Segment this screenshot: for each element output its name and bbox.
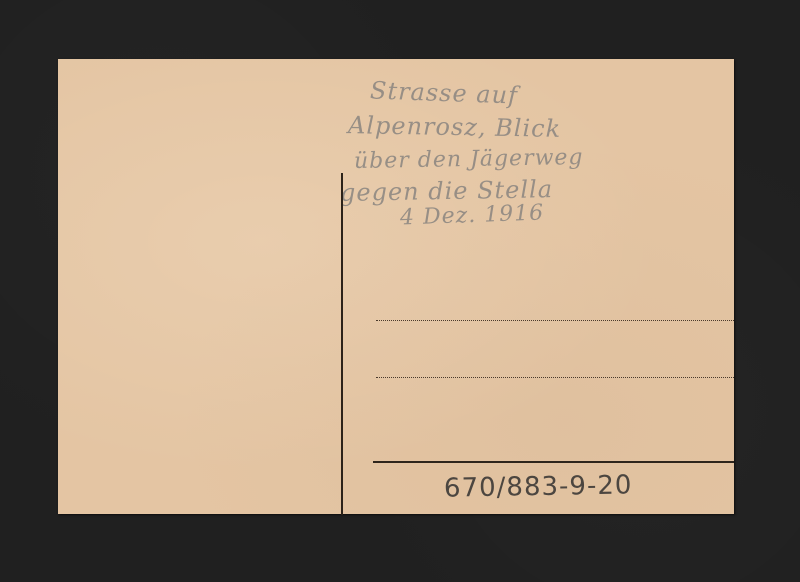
address-line-3 [373, 461, 734, 463]
handwritten-date: 4 Dez. 1916 [400, 200, 545, 230]
handwritten-line-1: Strasse auf [370, 76, 519, 109]
center-divider-line [341, 173, 343, 515]
handwritten-line-2: Alpenrosz, Blick [348, 111, 562, 143]
postcard: Strasse auf Alpenrosz, Blick über den Jä… [58, 59, 734, 514]
address-line-2 [376, 377, 734, 378]
address-line-1 [376, 320, 734, 321]
handwritten-line-3: über den Jägerweg [354, 145, 584, 174]
archive-number: 670/883-9-20 [444, 470, 633, 503]
